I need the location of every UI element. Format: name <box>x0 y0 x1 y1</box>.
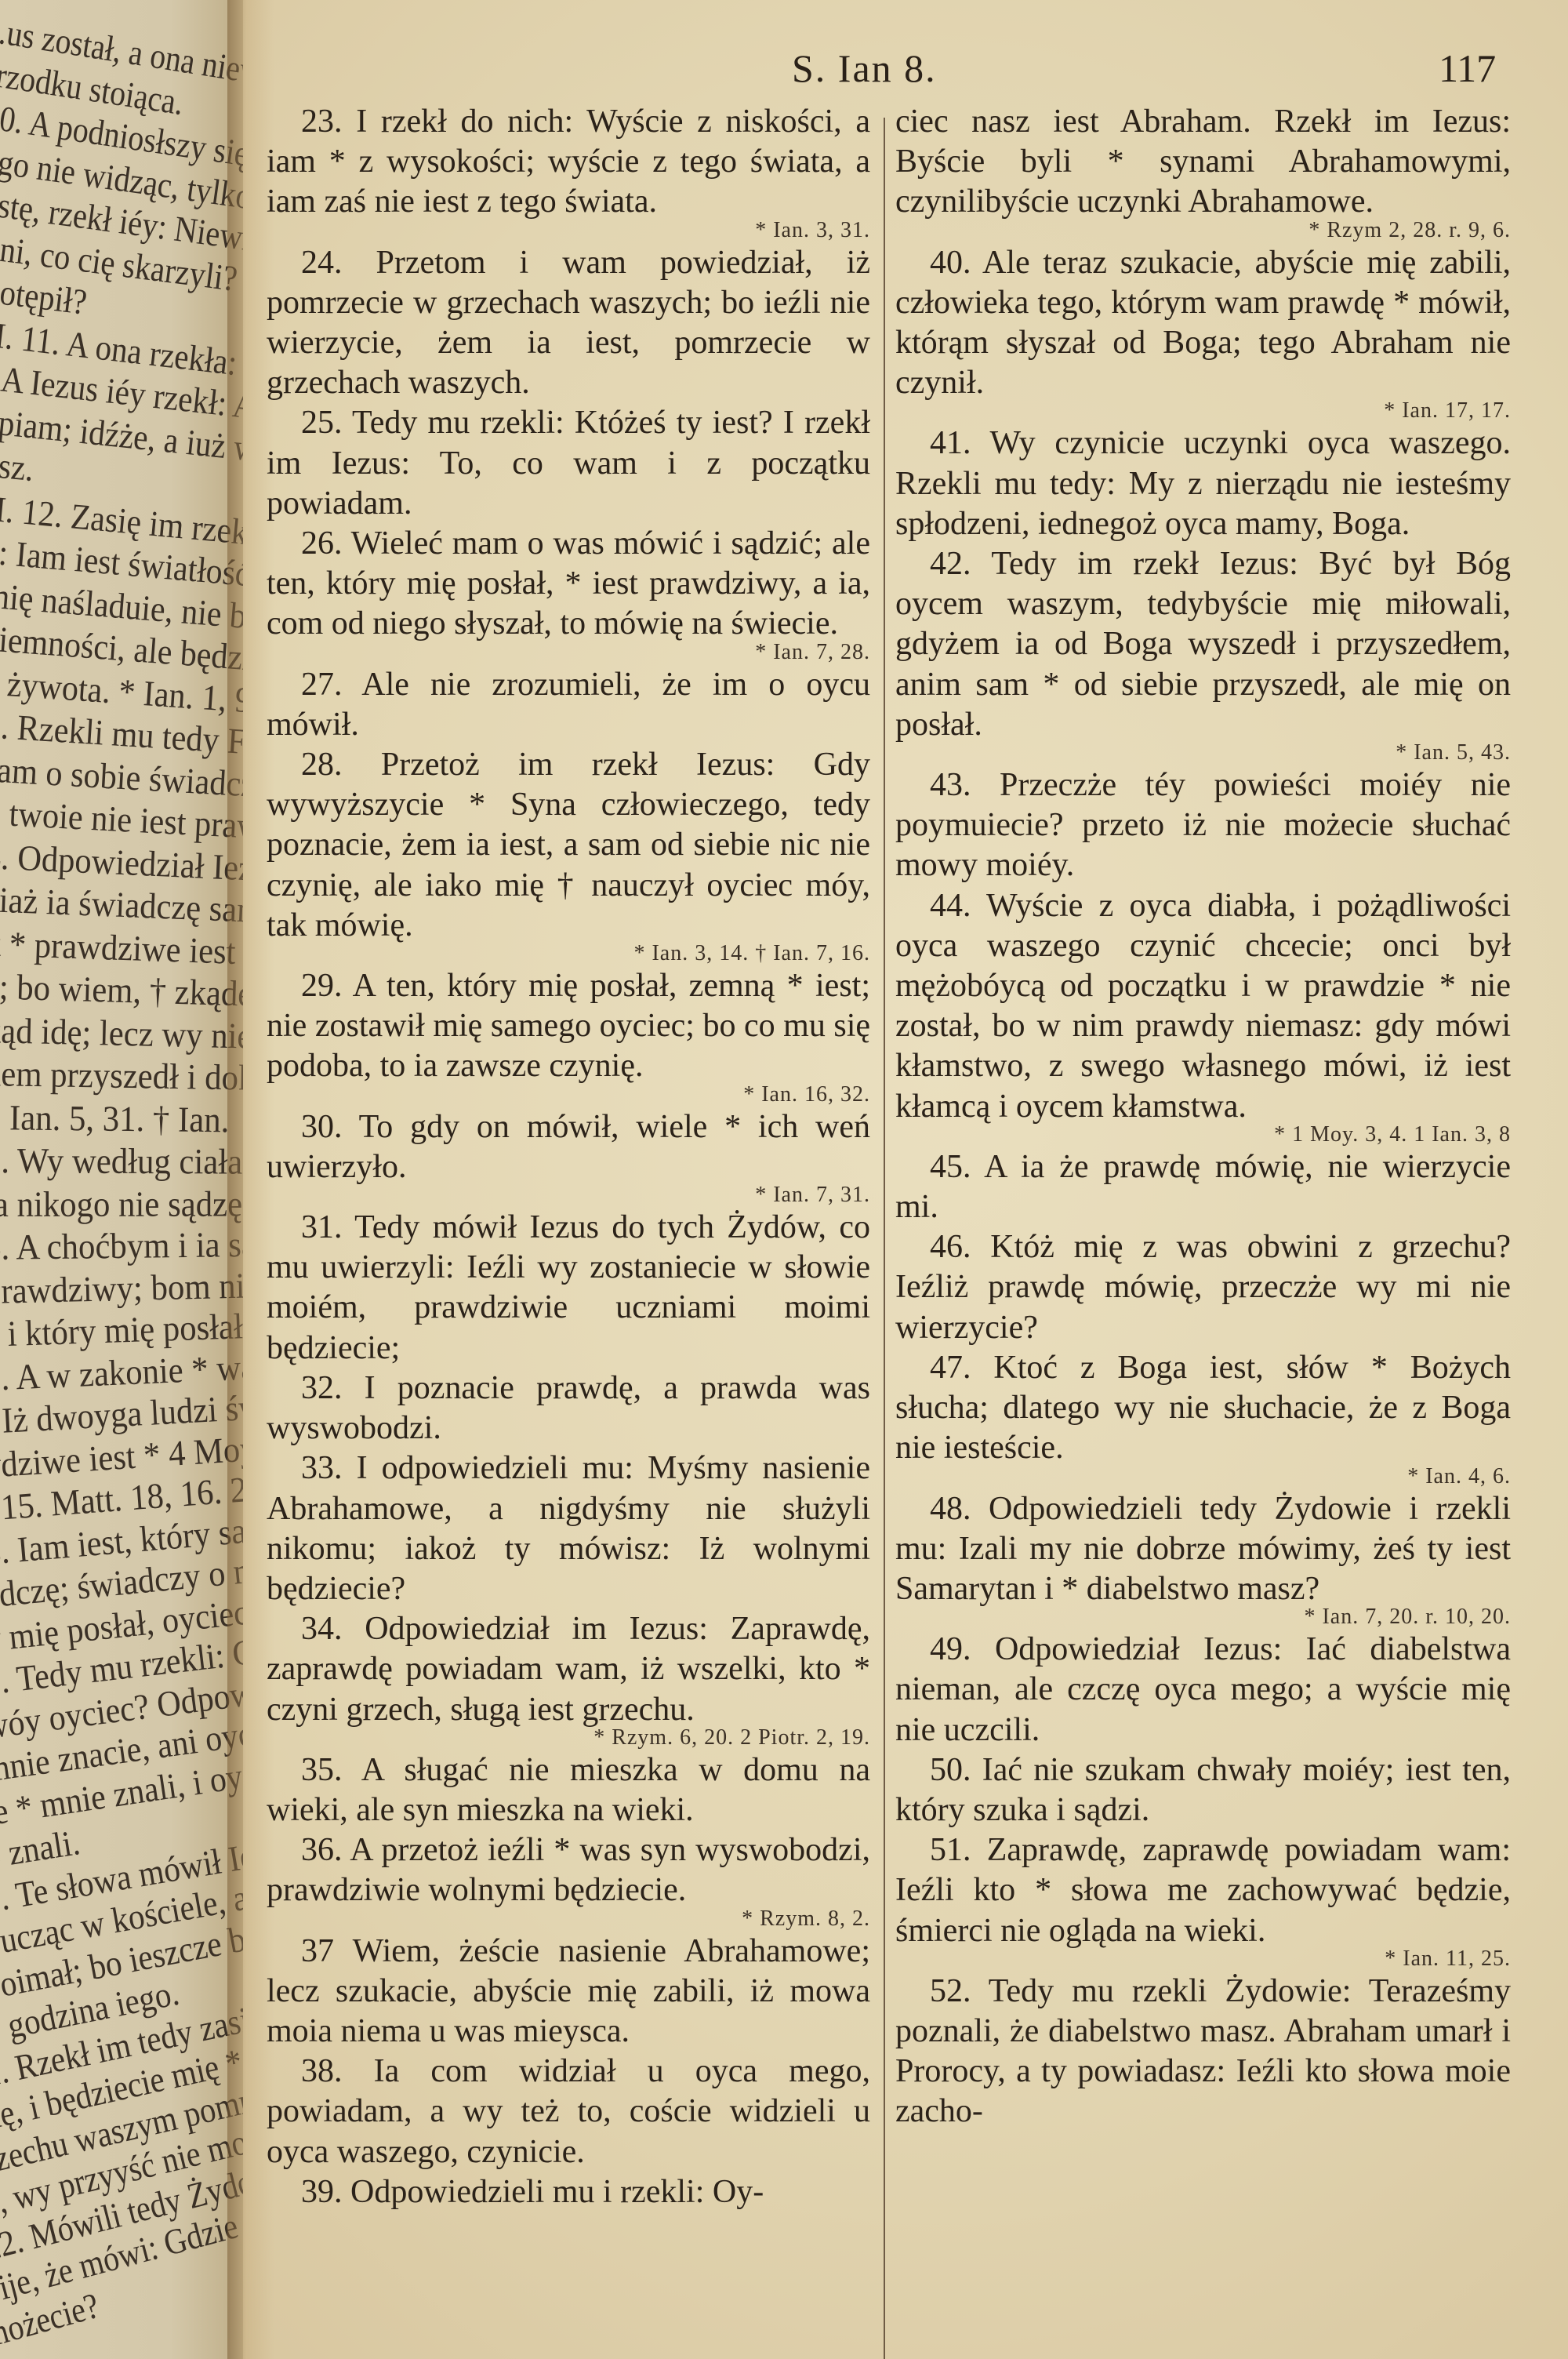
verse: 26. Wieleć mam o was mówić i sądzić; ale… <box>267 524 870 645</box>
verse-text: Odpowiedział im Iezus: Zaprawdę, zaprawd… <box>267 1611 870 1727</box>
verse-text: Wyście z oyca diabła, i pożądliwości oyc… <box>895 888 1511 1125</box>
verse-text: I rzekł do nich: Wyście z niskości, a ia… <box>267 104 870 220</box>
verse: 34. Odpowiedział im Iezus: Zaprawdę, zap… <box>267 1609 870 1730</box>
verse-number: 51. <box>930 1832 971 1868</box>
previous-page-line: e; bo wiem, † zkądem przy- <box>0 965 243 1017</box>
verse-number: 33. <box>301 1450 343 1486</box>
verse-number: 34. <box>301 1611 343 1647</box>
verse-text: Tedy mu rzekli: Któżeś ty iest? I rzekł … <box>267 405 870 521</box>
verse: 35. A sługać nie mieszka w domu na wieki… <box>267 1750 870 1830</box>
verse: 42. Tedy im rzekł Iezus: Być był Bóg oyc… <box>895 544 1511 745</box>
verse: 33. I odpowiedzieli mu: Myśmy nasienie A… <box>267 1448 870 1609</box>
verse-number: 23. <box>301 104 343 140</box>
verse: 47. Ktoć z Boga iest, słów * Bożych słuc… <box>895 1348 1511 1469</box>
verse-text: Przeczże téy powieści moiéy nie poymuiec… <box>895 767 1511 883</box>
verse-number: 24. <box>301 245 343 281</box>
verse-text: Wy czynicie uczynki oyca waszego. Rzekli… <box>895 425 1511 541</box>
verse-text: Zaprawdę, zaprawdę powiadam wam: Ieźli k… <box>895 1832 1511 1948</box>
verse-number: 43. <box>930 767 971 803</box>
verse-text: Odpowiedzieli tedy Żydowie i rzekli mu: … <box>895 1491 1511 1607</box>
verse-text: A ten, który mię posłał, zemną * iest; n… <box>267 968 870 1084</box>
verse: 23. I rzekł do nich: Wyście z niskości, … <box>267 102 870 223</box>
left-column: 23. I rzekł do nich: Wyście z niskości, … <box>267 102 870 2212</box>
verse-text: Odpowiedział Iezus: Iać diabelstwa niema… <box>895 1631 1511 1747</box>
verse: 38. Ia com widział u oyca mego, powiadam… <box>267 2052 870 2172</box>
verse-number: 41. <box>930 425 971 461</box>
verse: 25. Tedy mu rzekli: Któżeś ty iest? I rz… <box>267 403 870 524</box>
previous-page-line: 6. A choćbym i ia sądził, sąd <box>0 1222 243 1268</box>
verse-text: ciec nasz iest Abraham. Rzekł im Iezus: … <box>895 104 1511 220</box>
verse: 39. Odpowiedzieli mu i rzekli: Oy- <box>267 2172 870 2212</box>
verse-number: 25. <box>301 405 343 441</box>
verse-text: Tedy mówił Iezus do tych Żydów, co mu uw… <box>267 1209 870 1366</box>
verse-text: To gdy on mówił, wiele * ich weń uwierzy… <box>267 1109 870 1185</box>
verse-text: Wieleć mam o was mówić i sądzić; ale ten… <box>267 525 870 642</box>
verse-number: 45. <box>930 1149 971 1185</box>
verse: 52. Tedy mu rzekli Żydowie: Teraześmy po… <box>895 1972 1511 2132</box>
verse: 41. Wy czynicie uczynki oyca waszego. Rz… <box>895 423 1511 544</box>
verse-text: Odpowiedzieli mu i rzekli: Oy- <box>350 2174 764 2210</box>
verse-text: Ale teraz szukacie, abyście mię zabili, … <box>895 245 1511 402</box>
verse: 37 Wiem, żeście nasienie Abrahamowe; lec… <box>267 1932 870 2052</box>
previous-page-line: ia nikogo nie sądzę. <box>0 1183 243 1225</box>
verse: 51. Zaprawdę, zaprawdę powiadam wam: Ieź… <box>895 1830 1511 1951</box>
verse-text: A sługać nie mieszka w domu na wieki, al… <box>267 1752 870 1828</box>
verse-text: Przetoż im rzekł Iezus: Gdy wywyższycie … <box>267 747 870 943</box>
verse-number: 44. <box>930 888 971 924</box>
verse-number: 46. <box>930 1229 971 1265</box>
verse-text: Ale nie zrozumieli, że im o oycu mówił. <box>267 667 870 743</box>
verse-number: 38. <box>301 2053 343 2089</box>
verse-text: A ia że prawdę mówię, nie wierzycie mi. <box>895 1149 1511 1225</box>
running-head: S. Ian 8. 117 <box>0 45 1568 93</box>
verse: 40. Ale teraz szukacie, abyście mię zabi… <box>895 243 1511 404</box>
verse-number: 52. <box>930 1973 971 2009</box>
verse: 50. Iać nie szukam chwały moiéy; iest te… <box>895 1750 1511 1830</box>
verse-text: Ia com widział u oyca mego, powiadam, a … <box>267 2053 870 2169</box>
previous-page-line: * Ian. 5, 31. † Ian. <box>0 1096 230 1140</box>
verse-number: 48. <box>930 1491 971 1527</box>
running-title: S. Ian 8. <box>792 45 937 91</box>
page-number: 117 <box>1439 45 1496 91</box>
verse-text: Wiem, żeście nasienie Abrahamowe; lecz s… <box>267 1933 870 2049</box>
cross-reference: * Ian. 5, 43. <box>895 740 1511 765</box>
verse: 29. A ten, który mię posłał, zemną * ies… <box>267 966 870 1087</box>
verse-number: 39. <box>301 2174 343 2210</box>
column-divider <box>884 118 885 2359</box>
verse: 32. I poznacie prawdę, a prawda was wysw… <box>267 1369 870 1448</box>
previous-page-line: 5. Wy według ciała są- <box>0 1140 243 1183</box>
verse-text: Tedy im rzekł Iezus: Być był Bóg oycem w… <box>895 546 1511 743</box>
verse-text: Tedy mu rzekli Żydowie: Teraześmy poznal… <box>895 1973 1511 2130</box>
previous-page-line: kąd idę; lecz wy nie wie- <box>0 1009 243 1059</box>
verse-number: 49. <box>930 1631 971 1667</box>
verse: 36. A przetoż ieźli * was syn wyswobodzi… <box>267 1830 870 1910</box>
verse-number: 36. <box>301 1832 343 1868</box>
verse-number: 47. <box>930 1350 971 1386</box>
verse-text: I poznacie prawdę, a prawda was wyswobod… <box>267 1370 870 1446</box>
verse: 49. Odpowiedział Iezus: Iać diabelstwa n… <box>895 1630 1511 1750</box>
verse-number: 30. <box>301 1109 343 1145</box>
previous-page-edge: ...us został, a ona niewi-śrzodku stoiąc… <box>0 0 243 2359</box>
verse-number: 42. <box>930 546 971 582</box>
verse-text: I odpowiedzieli mu: Myśmy nasienie Abrah… <box>267 1450 870 1607</box>
verse: 27. Ale nie zrozumieli, że im o oycu mów… <box>267 665 870 745</box>
verse-number: 35. <box>301 1752 343 1788</box>
verse-number: 40. <box>930 245 971 281</box>
book-page: ...us został, a ona niewi-śrzodku stoiąc… <box>0 0 1568 2359</box>
cross-reference: * Ian. 17, 17. <box>895 398 1511 423</box>
verse-number: 50. <box>930 1752 971 1788</box>
verse-text: A przetoż ieźli * was syn wyswobodzi, pr… <box>267 1832 870 1908</box>
previous-page-line: prawdziwy; bom nie iest <box>0 1263 243 1311</box>
verse: 45. A ia że prawdę mówię, nie wierzycie … <box>895 1147 1511 1227</box>
verse: 28. Przetoż im rzekł Iezus: Gdy wywyższy… <box>267 745 870 946</box>
verse-number: 31. <box>301 1209 343 1245</box>
verse-number: 29. <box>301 968 343 1004</box>
verse-number: 27. <box>301 667 343 703</box>
verse-number: 26. <box>301 525 343 562</box>
verse-text: Przetom i wam powiedział, iż pomrzecie w… <box>267 245 870 402</box>
verse: 24. Przetom i wam powiedział, iż pomrzec… <box>267 243 870 404</box>
verse: 43. Przeczże téy powieści moiéy nie poym… <box>895 765 1511 886</box>
right-column: ciec nasz iest Abraham. Rzekł im Iezus: … <box>895 102 1511 2132</box>
previous-page-line: esz. <box>0 443 36 489</box>
previous-page-line: dem przyszedł i dokąd idę. <box>0 1052 243 1100</box>
verse-text: Iać nie szukam chwały moiéy; iest ten, k… <box>895 1752 1511 1828</box>
verse-number: 37 <box>301 1933 334 1969</box>
verse-number: 32. <box>301 1370 343 1406</box>
verse: 46. Któż mię z was obwini z grzechu? Ieź… <box>895 1227 1511 1348</box>
verse-text: Któż mię z was obwini z grzechu? Ieźliż … <box>895 1229 1511 1345</box>
verse: 44. Wyście z oyca diabła, i pożądliwości… <box>895 886 1511 1127</box>
verse-text: Ktoć z Boga iest, słów * Bożych słucha; … <box>895 1350 1511 1466</box>
verse: 31. Tedy mówił Iezus do tych Żydów, co m… <box>267 1208 870 1369</box>
verse: 48. Odpowiedzieli tedy Żydowie i rzekli … <box>895 1489 1511 1610</box>
verse-number: 28. <box>301 747 343 783</box>
verse: ciec nasz iest Abraham. Rzekł im Iezus: … <box>895 102 1511 223</box>
verse: 30. To gdy on mówił, wiele * ich weń uwi… <box>267 1107 870 1187</box>
